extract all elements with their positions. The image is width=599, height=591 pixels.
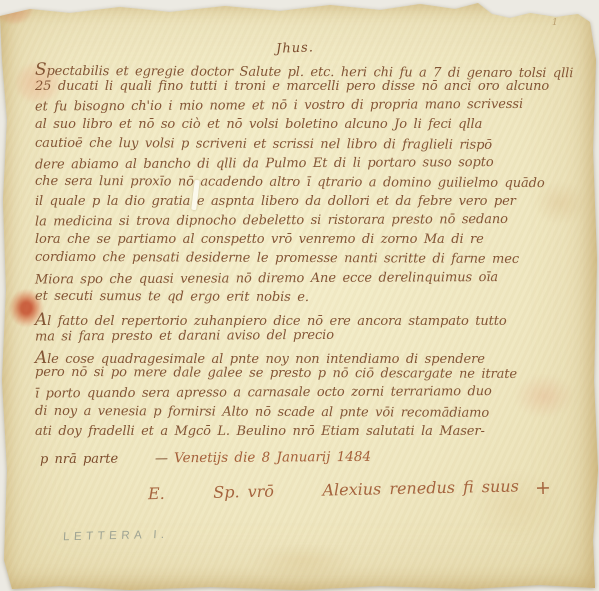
manuscript-text-block: Spectabilis et egregie doctor Salute pl.… <box>35 60 591 443</box>
signature-gap1 <box>165 483 214 503</box>
red-stain-top-left-corner <box>0 0 40 30</box>
manuscript-line: et fu bisogno ch'io i mio nome et nō i v… <box>35 97 591 119</box>
manuscript-line: il quale p la dio gratia e aspnta libero… <box>35 194 591 213</box>
closing-dateline: p nrā parte — Venetijs die 8 Januarij 14… <box>40 449 371 467</box>
manuscript-line: Ale cose quadragesimale al pnte noy non … <box>35 347 591 366</box>
manuscript-line: ati doy fradelli et a Mgcō L. Beulino nr… <box>35 424 591 443</box>
manuscript-line: Al fatto del repertorio zuhanpiero dice … <box>35 309 591 328</box>
manuscript-line: che sera luni proxīo nō acadendo altro ī… <box>35 174 591 196</box>
manuscript-line: lora che se partiamo al conspetto vrō ve… <box>35 232 591 251</box>
age-blotch-bottom-right <box>462 462 572 550</box>
signature-gap2 <box>274 481 323 501</box>
manuscript-line: Miora spo che quasi venesia nō diremo An… <box>35 269 591 291</box>
signature-middle: Sp. vrō <box>213 482 274 502</box>
aged-paper-surface: 1 Jhus. Spectabilis et egregie doctor Sa… <box>0 0 599 591</box>
paper-sheet: 1 Jhus. Spectabilis et egregie doctor Sa… <box>0 0 599 591</box>
manuscript-line: dere abiamo al bancho di qlli da Pulmo E… <box>35 154 591 176</box>
manuscript-line: et secuti sumus te qd ergo erit nobis e. <box>35 288 591 310</box>
manuscript-line: ī porto quando sera apresso a carnasale … <box>35 384 591 406</box>
manuscript-line: la medicina si trova dipnocho debeletto … <box>35 212 591 234</box>
manuscript-line: al suo libro et nō so ciò et nō volsi bo… <box>35 117 591 136</box>
date-venetiis-1484: Venetijs die 8 Januarij 1484 <box>174 449 371 466</box>
signature-line: E. Sp. vrō Alexius renedus fi suus + <box>148 476 551 507</box>
signature-name: Alexius renedus fi suus <box>322 476 519 499</box>
manuscript-line: Spectabilis et egregie doctor Salute pl.… <box>35 59 591 81</box>
manuscript-line: cordiamo che pensati desiderne le promes… <box>35 250 591 272</box>
closing-prefix: p nrā parte <box>40 452 118 468</box>
manuscript-line: 25 ducati li quali fino tutti i troni e … <box>35 79 591 98</box>
age-blotch-bottom <box>238 540 368 582</box>
signature-valediction: E. <box>148 484 165 503</box>
manuscript-line: di noy a venesia p fornirsi Alto nō scad… <box>35 403 591 425</box>
dash-flourish: — <box>118 451 174 466</box>
invocation-jesus: Jhus. <box>250 39 340 57</box>
archival-stamp-lettera: LETTERA I. <box>63 529 169 543</box>
signature-cross-flourish: + <box>535 477 551 499</box>
manuscript-line: ma si fara presto et darani aviso del pr… <box>35 327 591 349</box>
signature-gap3 <box>519 476 536 495</box>
folio-number-mark: 1 <box>552 18 558 28</box>
scanned-letter-page: 1 Jhus. Spectabilis et egregie doctor Sa… <box>0 0 599 591</box>
manuscript-line: cautioē che luy volsi p scriveni et scri… <box>35 135 591 157</box>
